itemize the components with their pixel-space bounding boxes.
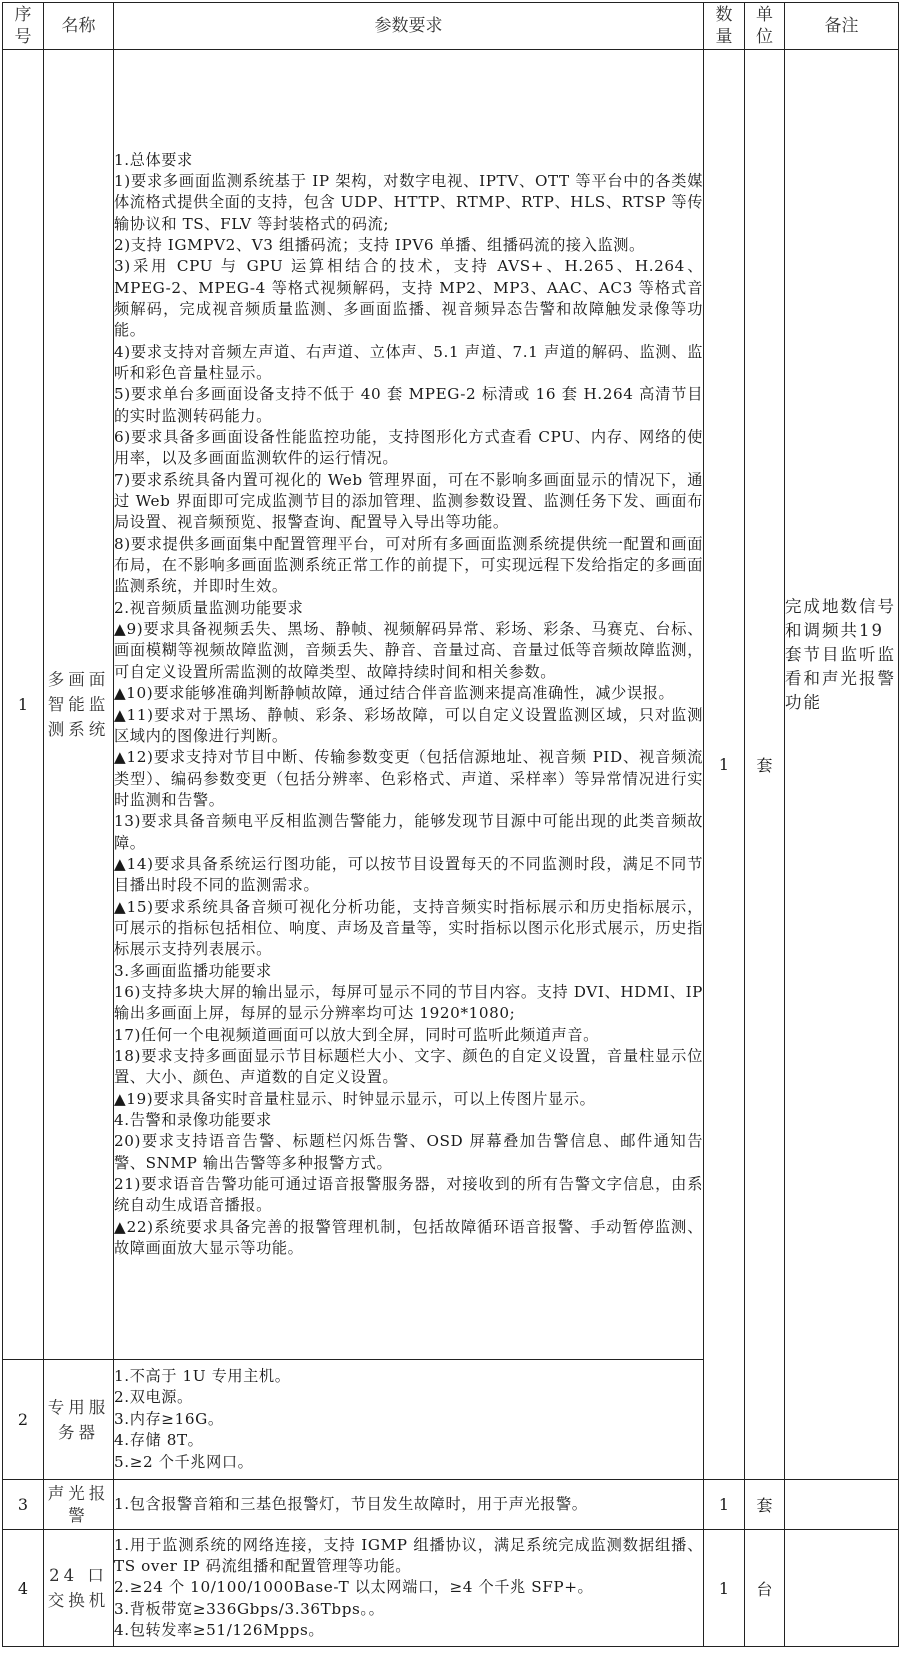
row-quantity: 1 — [704, 50, 745, 1480]
row-no: 4 — [3, 1530, 44, 1647]
requirement-line: 1.包含报警音箱和三基色报警灯，节目发生故障时，用于声光报警。 — [114, 1494, 703, 1515]
requirement-line: 4.存储 8T。 — [114, 1430, 703, 1451]
requirement-line: 3.内存≥16G。 — [114, 1409, 703, 1430]
requirement-line: ▲11)要求对于黑场、静帧、彩条、彩场故障，可以自定义设置监测区域，只对监测区域… — [114, 705, 703, 748]
requirement-line: 18)要求支持多画面显示节目标题栏大小、文字、颜色的自定义设置，音量柱显示位置、… — [114, 1046, 703, 1089]
requirement-line: 7)要求系统具备内置可视化的 Web 管理界面，可在不影响多画面显示的情况下，通… — [114, 470, 703, 534]
row-remarks — [785, 1480, 899, 1530]
row-requirements: 1.包含报警音箱和三基色报警灯，节目发生故障时，用于声光报警。 — [114, 1480, 704, 1530]
row-requirements: 1.总体要求1)要求多画面监测系统基于 IP 架构，对数字电视、IPTV、OTT… — [114, 50, 704, 1360]
header-name: 名称 — [44, 3, 114, 50]
requirement-line: ▲12)要求支持对节目中断、传输参数变更（包括信源地址、视音频 PID、视音频流… — [114, 747, 703, 811]
row-requirements: 1.用于监测系统的网络连接，支持 IGMP 组播协议，满足系统完成监测数据组播、… — [114, 1530, 704, 1647]
requirement-line: 3.背板带宽≥336Gbps/3.36Tbps。。 — [114, 1599, 703, 1620]
header-unit: 单位 — [745, 3, 785, 50]
row-name: 24 口交换机 — [44, 1530, 114, 1647]
row-remarks — [785, 1530, 899, 1647]
requirement-line: 2)支持 IGMPV2、V3 组播码流；支持 IPV6 单播、组播码流的接入监测… — [114, 235, 703, 256]
row-quantity: 1 — [704, 1530, 745, 1647]
requirement-line: ▲10)要求能够准确判断静帧故障，通过结合伴音监测来提高准确性，减少误报。 — [114, 683, 703, 704]
header-no: 序号 — [3, 3, 44, 50]
row-name: 声光报警 — [44, 1480, 114, 1530]
row-remarks: 完成地数信号和调频共19套节目监听监看和声光报警功能 — [785, 50, 899, 1480]
requirement-line: 2.≥24 个 10/100/1000Base-T 以太网端口，≥4 个千兆 S… — [114, 1577, 703, 1598]
requirement-line: 8)要求提供多画面集中配置管理平台，可对所有多画面监测系统提供统一配置和画面布局… — [114, 534, 703, 598]
requirement-line: 5.≥2 个千兆网口。 — [114, 1452, 703, 1473]
requirement-line: 6)要求具备多画面设备性能监控功能，支持图形化方式查看 CPU、内存、网络的使用… — [114, 427, 703, 470]
row-no: 1 — [3, 50, 44, 1360]
row-quantity: 1 — [704, 1480, 745, 1530]
requirement-line: 1)要求多画面监测系统基于 IP 架构，对数字电视、IPTV、OTT 等平台中的… — [114, 171, 703, 235]
requirement-line: 21)要求语音告警功能可通过语音报警服务器，对接收到的所有告警文字信息，由系统自… — [114, 1174, 703, 1217]
requirement-line: 1.不高于 1U 专用主机。 — [114, 1366, 703, 1387]
requirement-line: ▲19)要求具备实时音量柱显示、时钟显示显示，可以上传图片显示。 — [114, 1089, 703, 1110]
row-unit: 台 — [745, 1530, 785, 1647]
header-remarks: 备注 — [785, 3, 899, 50]
requirement-line: ▲15)要求系统具备音频可视化分析功能，支持音频实时指标展示和历史指标展示，可展… — [114, 897, 703, 961]
header-requirements: 参数要求 — [114, 3, 704, 50]
header-quantity: 数量 — [704, 3, 745, 50]
requirement-line: 3.多画面监播功能要求 — [114, 961, 703, 982]
requirement-line: 20)要求支持语音告警、标题栏闪烁告警、OSD 屏幕叠加告警信息、邮件通知告警、… — [114, 1131, 703, 1174]
requirement-line: 1.总体要求 — [114, 150, 703, 171]
requirement-line: 4.告警和录像功能要求 — [114, 1110, 703, 1131]
requirement-line: 16)支持多块大屏的输出显示，每屏可显示不同的节目内容。支持 DVI、HDMI、… — [114, 982, 703, 1025]
table-row: 4 24 口交换机 1.用于监测系统的网络连接，支持 IGMP 组播协议，满足系… — [3, 1530, 899, 1647]
table-row: 3 声光报警 1.包含报警音箱和三基色报警灯，节目发生故障时，用于声光报警。 1… — [3, 1480, 899, 1530]
row-unit: 套 — [745, 1480, 785, 1530]
requirement-line: ▲9)要求具备视频丢失、黑场、静帧、视频解码异常、彩场、彩条、马赛克、台标、画面… — [114, 619, 703, 683]
row-name: 专用服务器 — [44, 1360, 114, 1480]
requirement-line: 13)要求具备音频电平反相监测告警能力，能够发现节目源中可能出现的此类音频故障。 — [114, 811, 703, 854]
requirement-line: 4)要求支持对音频左声道、右声道、立体声、5.1 声道、7.1 声道的解码、监测… — [114, 342, 703, 385]
row-name: 多画面智能监测系统 — [44, 50, 114, 1360]
requirement-line: ▲14)要求具备系统运行图功能，可以按节目设置每天的不同监测时段，满足不同节目播… — [114, 854, 703, 897]
row-no: 2 — [3, 1360, 44, 1480]
requirement-line: 4.包转发率≥51/126Mpps。 — [114, 1620, 703, 1641]
requirement-line: 5)要求单台多画面设备支持不低于 40 套 MPEG-2 标清或 16 套 H.… — [114, 384, 703, 427]
requirement-line: 3)采用 CPU 与 GPU 运算相结合的技术，支持 AVS+、H.265、H.… — [114, 256, 703, 341]
requirement-line: 17)任何一个电视频道画面可以放大到全屏，同时可监听此频道声音。 — [114, 1025, 703, 1046]
row-unit: 套 — [745, 50, 785, 1480]
row-requirements: 1.不高于 1U 专用主机。2.双电源。3.内存≥16G。4.存储 8T。5.≥… — [114, 1360, 704, 1480]
table-header-row: 序号 名称 参数要求 数量 单位 备注 — [3, 3, 899, 50]
requirement-line: 2.双电源。 — [114, 1387, 703, 1408]
table-row: 1 多画面智能监测系统 1.总体要求1)要求多画面监测系统基于 IP 架构，对数… — [3, 50, 899, 1360]
remarks-text: 完成地数信号和调频共19套节目监听监看和声光报警功能 — [785, 595, 898, 715]
requirement-line: 1.用于监测系统的网络连接，支持 IGMP 组播协议，满足系统完成监测数据组播、… — [114, 1535, 703, 1578]
requirement-line: 2.视音频质量监测功能要求 — [114, 598, 703, 619]
requirement-line: ▲22)系统要求具备完善的报警管理机制，包括故障循环语音报警、手动暂停监测、故障… — [114, 1217, 703, 1260]
requirements-table: 序号 名称 参数要求 数量 单位 备注 1 多画面智能监测系统 1.总体要求1)… — [2, 2, 899, 1647]
row-no: 3 — [3, 1480, 44, 1530]
